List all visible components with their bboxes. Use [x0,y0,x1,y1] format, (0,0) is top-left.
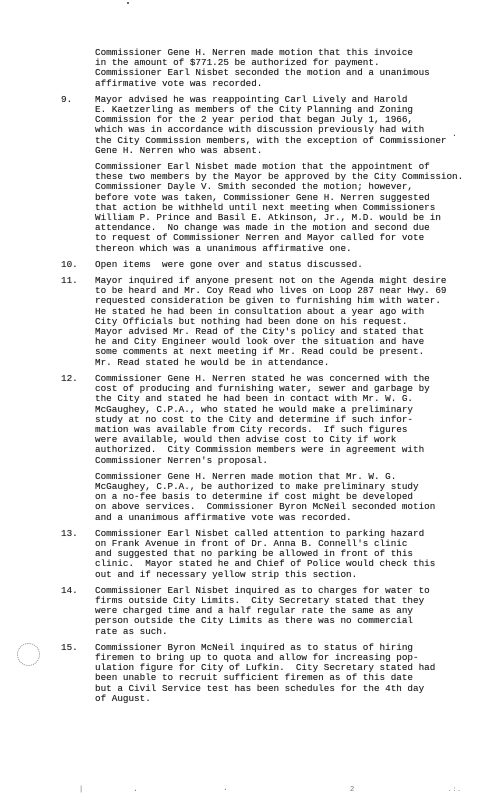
minutes-item-13: 13. Commissioner Earl Nisbet called atte… [61,529,471,580]
paragraph-text: Commissioner Gene H. Nerren stated he wa… [95,374,471,466]
scan-artifact: .:. [448,786,462,794]
paragraph-text: Commissioner Gene H. Nerren made motion … [95,48,471,89]
minutes-item-11: 11. Mayor inquired if anyone present not… [61,276,471,368]
scan-artifact: . [133,786,138,794]
item-number: 9. [61,95,95,156]
minutes-item-9: 9. Mayor advised he was reappointing Car… [61,95,471,156]
paragraph-text: Open items were gone over and status dis… [95,260,471,270]
item-number: 13. [61,529,95,580]
paragraph-text: Commissioner Byron McNeil inquired as to… [95,643,471,704]
minutes-item-10: 10. Open items were gone over and status… [61,260,471,270]
minutes-item-12: 12. Commissioner Gene H. Nerren stated h… [61,374,471,466]
item-number: 15. [61,643,95,704]
paragraph-text: Mayor inquired if anyone present not on … [95,276,471,368]
scan-artifact: . [452,131,457,139]
paragraph-text: Commissioner Gene H. Nerren made motion … [95,472,471,523]
scan-artifact: | [79,786,83,794]
paragraph-text: Commissioner Earl Nisbet made motion tha… [95,162,471,254]
minutes-paragraph: Commissioner Gene H. Nerren made motion … [61,48,471,89]
scan-artifact: . [223,785,228,793]
minutes-paragraph: Commissioner Gene H. Nerren made motion … [61,472,471,523]
scan-speck [127,2,129,4]
minutes-text-column: Commissioner Gene H. Nerren made motion … [61,48,471,710]
item-number: 12. [61,374,95,466]
scanned-minutes-page: Commissioner Gene H. Nerren made motion … [0,0,491,800]
minutes-paragraph: Commissioner Earl Nisbet made motion tha… [61,162,471,254]
paragraph-text: Commissioner Earl Nisbet inquired as to … [95,586,471,637]
paragraph-text: Commissioner Earl Nisbet called attentio… [95,529,471,580]
item-number: 11. [61,276,95,368]
paragraph-text: Mayor advised he was reappointing Carl L… [95,95,471,156]
item-number: 10. [61,260,95,270]
item-number [61,162,95,254]
minutes-item-14: 14. Commissioner Earl Nisbet inquired as… [61,586,471,637]
item-number: 14. [61,586,95,637]
item-number [61,48,95,89]
punch-hole-mark [17,643,40,666]
scan-artifact: 2 [350,786,354,794]
minutes-item-15: 15. Commissioner Byron McNeil inquired a… [61,643,471,704]
item-number [61,472,95,523]
